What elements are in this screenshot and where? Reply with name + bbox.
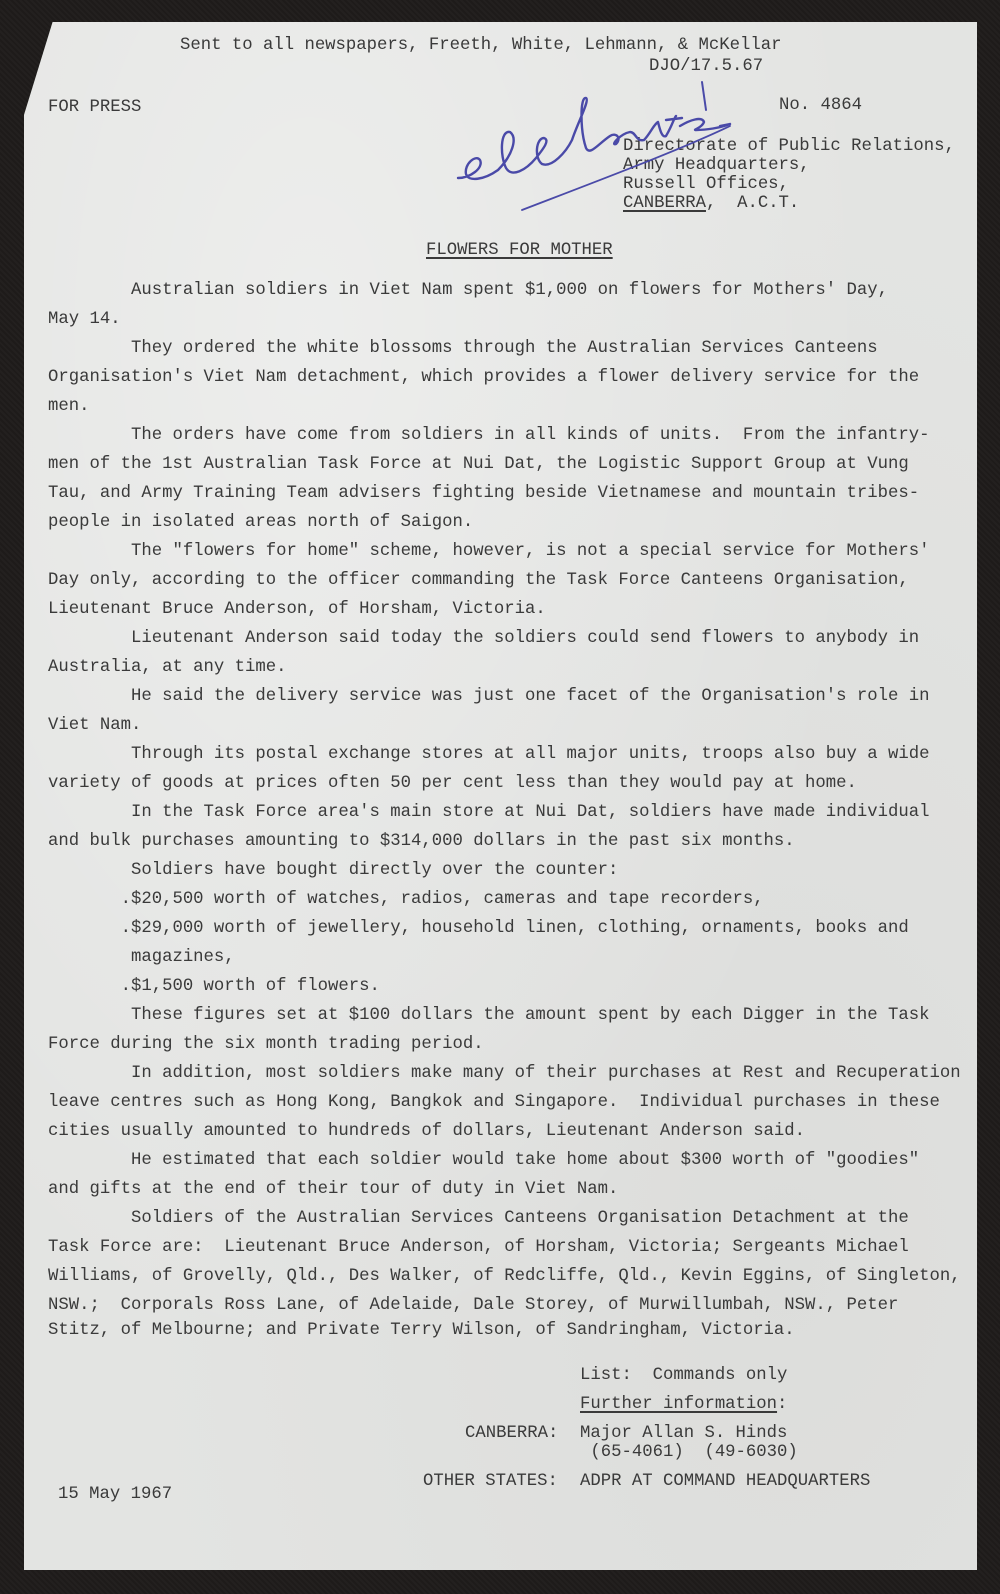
body-line: Stitz, of Melbourne; and Private Terry W… xyxy=(48,1321,795,1341)
body-line: men of the 1st Australian Task Force at … xyxy=(48,455,909,475)
address-line: Army Headquarters, xyxy=(623,156,810,176)
body-line: people in isolated areas north of Saigon… xyxy=(48,513,473,533)
address-state: , A.C.T. xyxy=(706,194,799,213)
body-line: and bulk purchases amounting to $314,000… xyxy=(48,832,795,852)
body-line: .$20,500 worth of watches, radios, camer… xyxy=(48,890,764,910)
body-line: Soldiers of the Australian Services Cant… xyxy=(48,1209,909,1229)
reference-code: DJO/17.5.67 xyxy=(649,57,763,77)
address-line: CANBERRA, A.C.T. xyxy=(623,194,799,214)
body-line: magazines, xyxy=(48,948,235,968)
body-line: Williams, of Grovelly, Qld., Des Walker,… xyxy=(48,1267,961,1287)
canberra-phones: (65-4061) (49-6030) xyxy=(580,1443,798,1463)
body-line: Lieutenant Anderson said today the soldi… xyxy=(48,629,919,649)
document-title: FLOWERS FOR MOTHER xyxy=(426,241,613,261)
body-line: Viet Nam. xyxy=(48,716,141,736)
body-line: Force during the six month trading perio… xyxy=(48,1035,484,1055)
body-line: They ordered the white blossoms through … xyxy=(48,339,878,359)
distribution-line: Sent to all newspapers, Freeth, White, L… xyxy=(180,36,782,56)
body-line: .$1,500 worth of flowers. xyxy=(48,977,380,997)
other-states-contact: ADPR AT COMMAND HEADQUARTERS xyxy=(580,1472,870,1492)
body-line: Day only, according to the officer comma… xyxy=(48,571,909,591)
press-release-number: No. 4864 xyxy=(779,96,862,116)
body-line: Task Force are: Lieutenant Bruce Anderso… xyxy=(48,1238,909,1258)
for-press-label: FOR PRESS xyxy=(48,98,141,118)
body-line: He said the delivery service was just on… xyxy=(48,687,930,707)
body-line: In the Task Force area's main store at N… xyxy=(48,803,930,823)
body-line: These figures set at $100 dollars the am… xyxy=(48,1006,930,1026)
body-line: Through its postal exchange stores at al… xyxy=(48,745,930,765)
other-states-label: OTHER STATES: xyxy=(423,1472,558,1492)
body-line: men. xyxy=(48,397,89,417)
body-line: variety of goods at prices often 50 per … xyxy=(48,774,857,794)
body-line: Tau, and Army Training Team advisers fig… xyxy=(48,484,919,504)
body-line: The "flowers for home" scheme, however, … xyxy=(48,542,930,562)
body-line: cities usually amounted to hundreds of d… xyxy=(48,1122,805,1142)
body-line: He estimated that each soldier would tak… xyxy=(48,1151,919,1171)
body-line: and gifts at the end of their tour of du… xyxy=(48,1180,618,1200)
body-line: Australian soldiers in Viet Nam spent $1… xyxy=(48,281,888,301)
body-line: Soldiers have bought directly over the c… xyxy=(48,861,618,881)
distribution-list: List: Commands only xyxy=(580,1366,787,1386)
further-information-heading: Further information: xyxy=(580,1395,787,1415)
document-date: 15 May 1967 xyxy=(58,1485,172,1505)
canberra-contact: Major Allan S. Hinds xyxy=(580,1424,787,1444)
address-city: CANBERRA xyxy=(623,194,706,213)
body-line: The orders have come from soldiers in al… xyxy=(48,426,930,446)
address-line: Russell Offices, xyxy=(623,175,789,195)
body-line: May 14. xyxy=(48,310,121,330)
address-line: Directorate of Public Relations, xyxy=(623,137,955,157)
body-line: NSW.; Corporals Ross Lane, of Adelaide, … xyxy=(48,1296,898,1316)
body-line: In addition, most soldiers make many of … xyxy=(48,1064,961,1084)
body-line: Lieutenant Bruce Anderson, of Horsham, V… xyxy=(48,600,546,620)
body-line: Organisation's Viet Nam detachment, whic… xyxy=(48,368,919,388)
body-line: leave centres such as Hong Kong, Bangkok… xyxy=(48,1093,940,1113)
body-line: Australia, at any time. xyxy=(48,658,287,678)
canberra-label: CANBERRA: xyxy=(465,1424,558,1444)
body-line: .$29,000 worth of jewellery, household l… xyxy=(48,919,909,939)
